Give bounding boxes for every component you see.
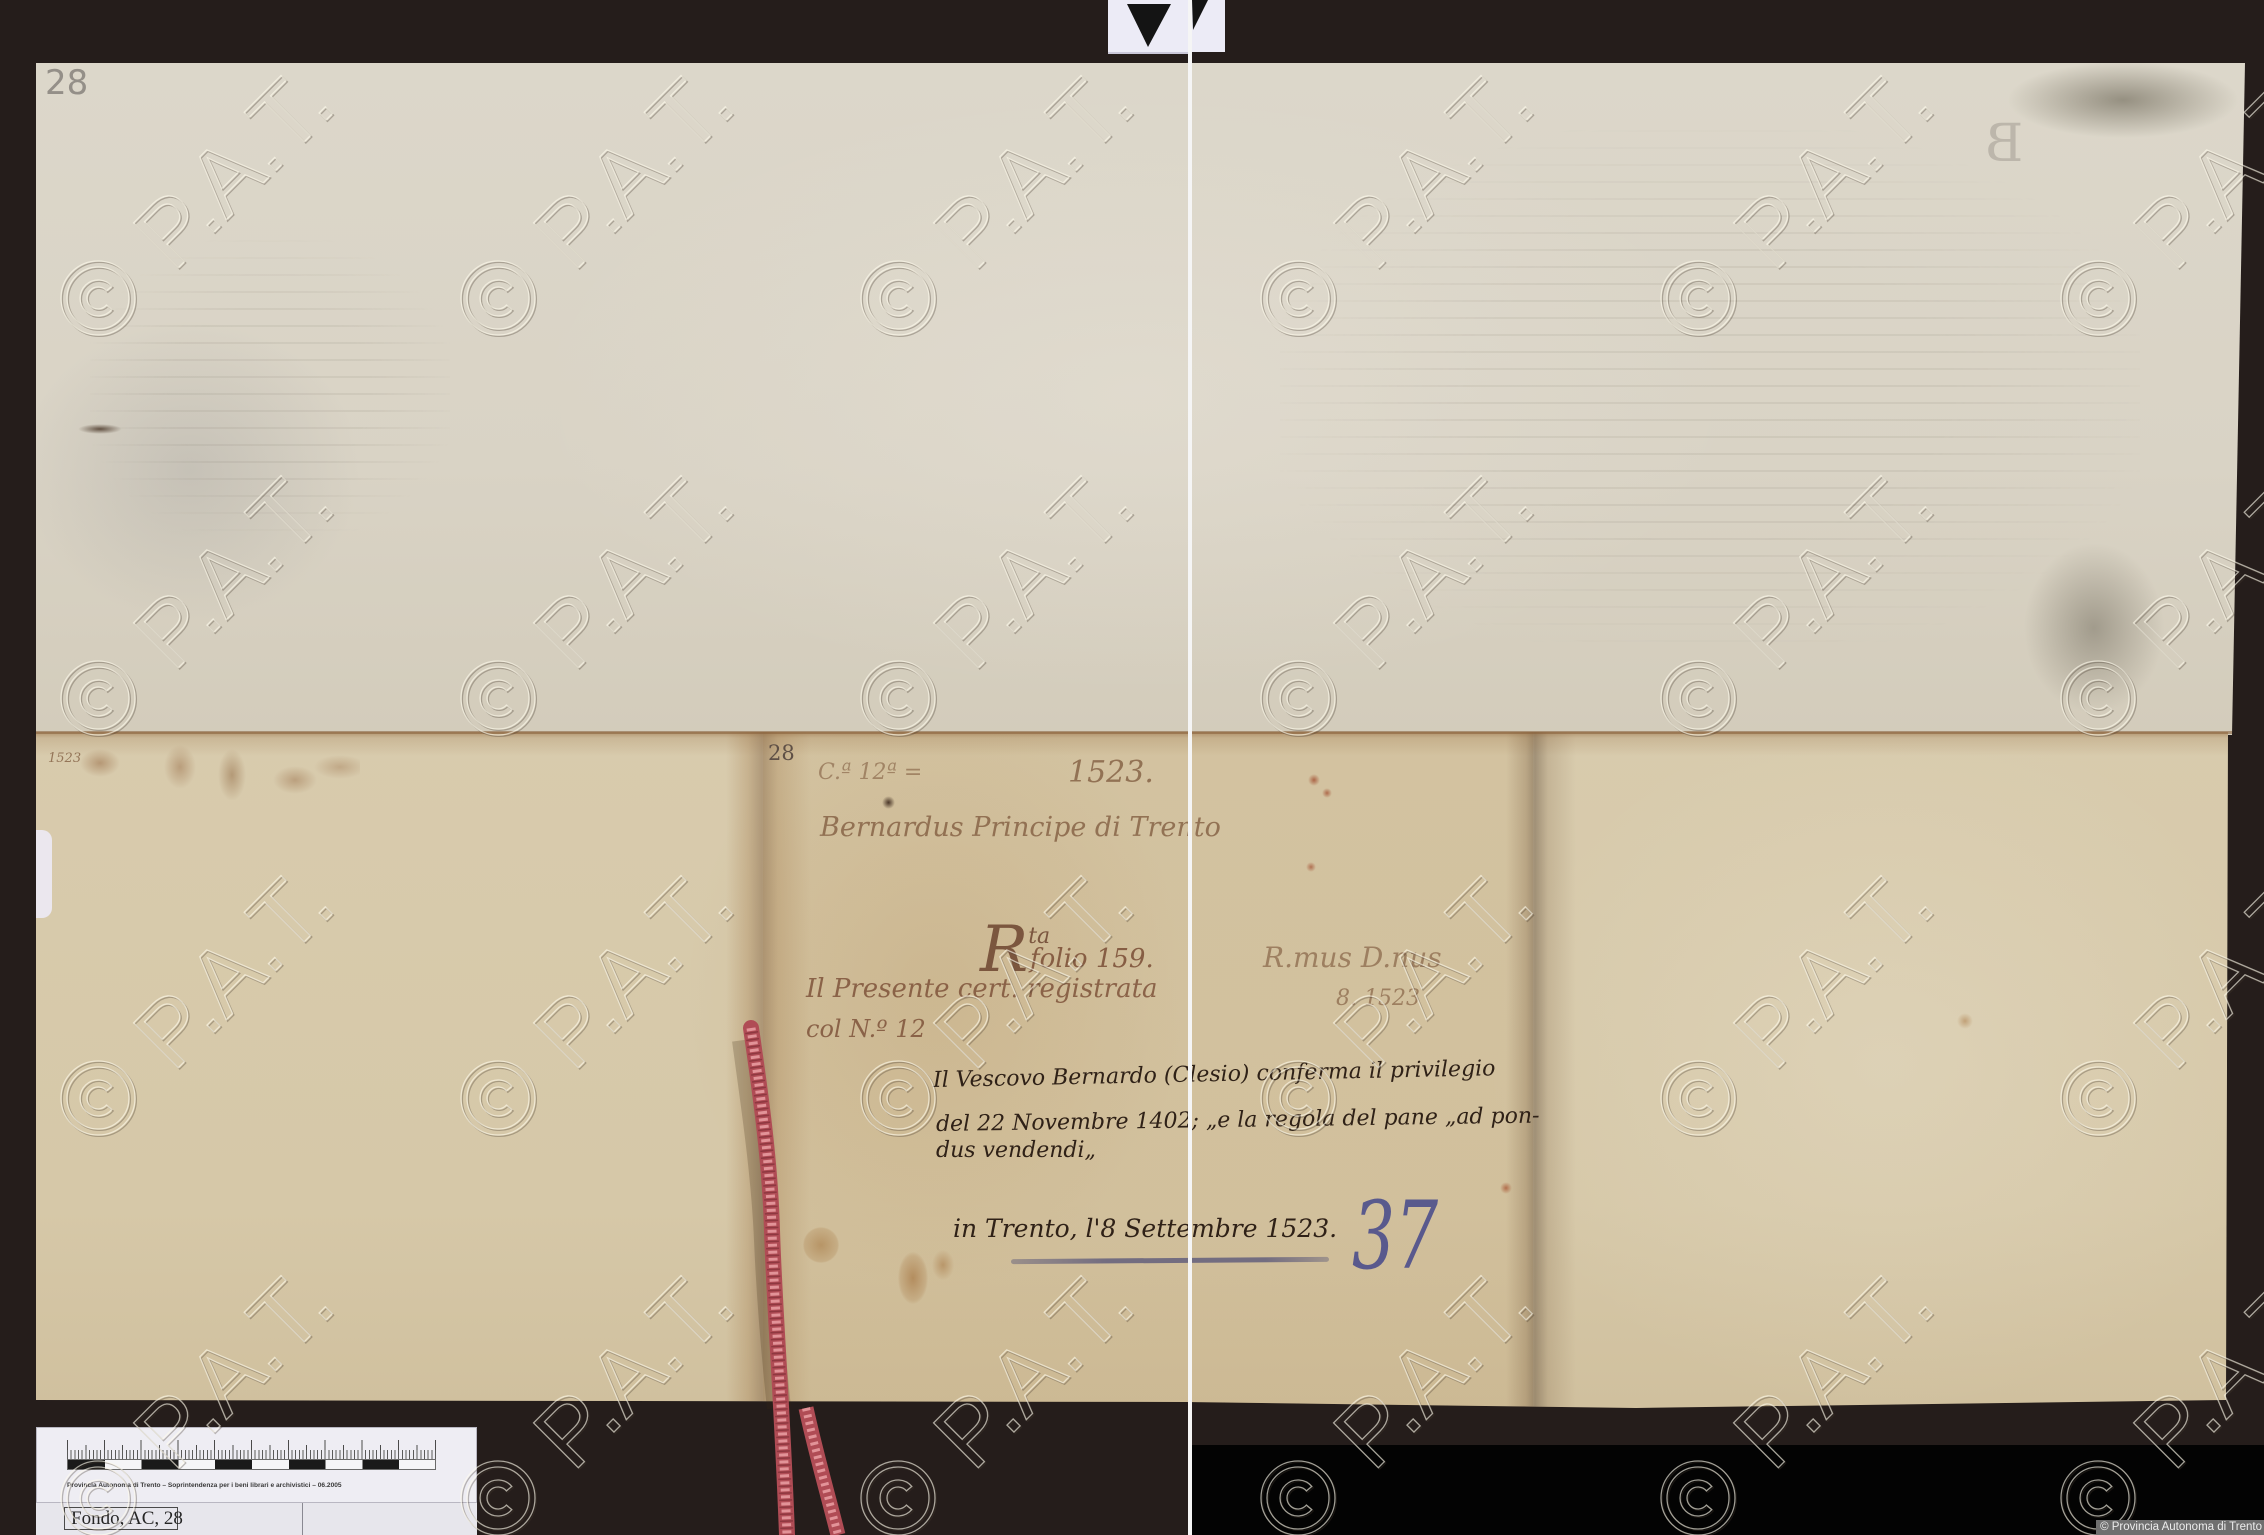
show-through-mark: B xyxy=(1985,118,2023,170)
shelfmark-label: Fondo, AC, 28 xyxy=(64,1507,178,1530)
register-column: col N.º 12 xyxy=(806,1017,926,1041)
year-note: 1523. xyxy=(1068,758,1154,788)
reverendissimus-date: 8. 1523 xyxy=(1336,988,1420,1010)
marker-card-edge xyxy=(1108,52,1188,54)
scan-divider-line xyxy=(1188,0,1192,1535)
inventory-number: 37 xyxy=(1352,1190,1438,1284)
parchment-edge-gap xyxy=(36,830,52,918)
water-stain xyxy=(932,1250,954,1280)
cord-braid-highlight xyxy=(806,1408,838,1535)
red-spot xyxy=(1322,788,1332,798)
grantor-heading: Bernardus Principe di Trento xyxy=(820,814,1221,841)
ruler-scale-blocks xyxy=(67,1459,436,1470)
scale-caption: Provincia Autonoma di Trento – Soprinten… xyxy=(67,1482,342,1489)
horizontal-fold-line xyxy=(36,731,2232,734)
margin-year: 1523 xyxy=(48,752,81,765)
folio-number: 28 xyxy=(45,66,88,100)
old-reference: C.ª 12ª = xyxy=(818,762,922,784)
red-spot xyxy=(1306,862,1316,872)
shelf-number: 28 xyxy=(768,743,795,764)
cord-strand-second xyxy=(806,1408,838,1535)
register-note: Il Presente cert. registrata xyxy=(806,976,1158,1002)
ruler-minor-ticks xyxy=(67,1450,436,1459)
show-through-text-region xyxy=(1280,130,2140,650)
ink-blot xyxy=(882,796,895,809)
water-stain xyxy=(1957,1013,1973,1029)
summary-line-3: dus vendendi„ xyxy=(936,1140,1096,1162)
color-target-marker xyxy=(1108,0,1225,55)
folio-reference: folio 159. xyxy=(1030,946,1154,972)
water-stain xyxy=(803,1227,839,1263)
reverendissimus-note: R.mus D.nus xyxy=(1263,944,1442,972)
scale-card: Provincia Autonoma di Trento – Soprinten… xyxy=(36,1427,477,1503)
red-spot xyxy=(1500,1182,1512,1194)
red-spot xyxy=(1308,774,1320,786)
show-through-text-region xyxy=(90,240,450,540)
shelfmark-card: Fondo, AC, 28 xyxy=(36,1503,477,1535)
card-divider xyxy=(302,1503,303,1535)
copyright-caption: © Provincia Autonoma di Trento xyxy=(2096,1520,2264,1535)
water-stain xyxy=(898,1252,928,1304)
stain-cluster xyxy=(40,745,360,800)
ink-blot xyxy=(78,424,122,434)
summary-place-date: in Trento, l'8 Settembre 1523. xyxy=(953,1216,1337,1241)
